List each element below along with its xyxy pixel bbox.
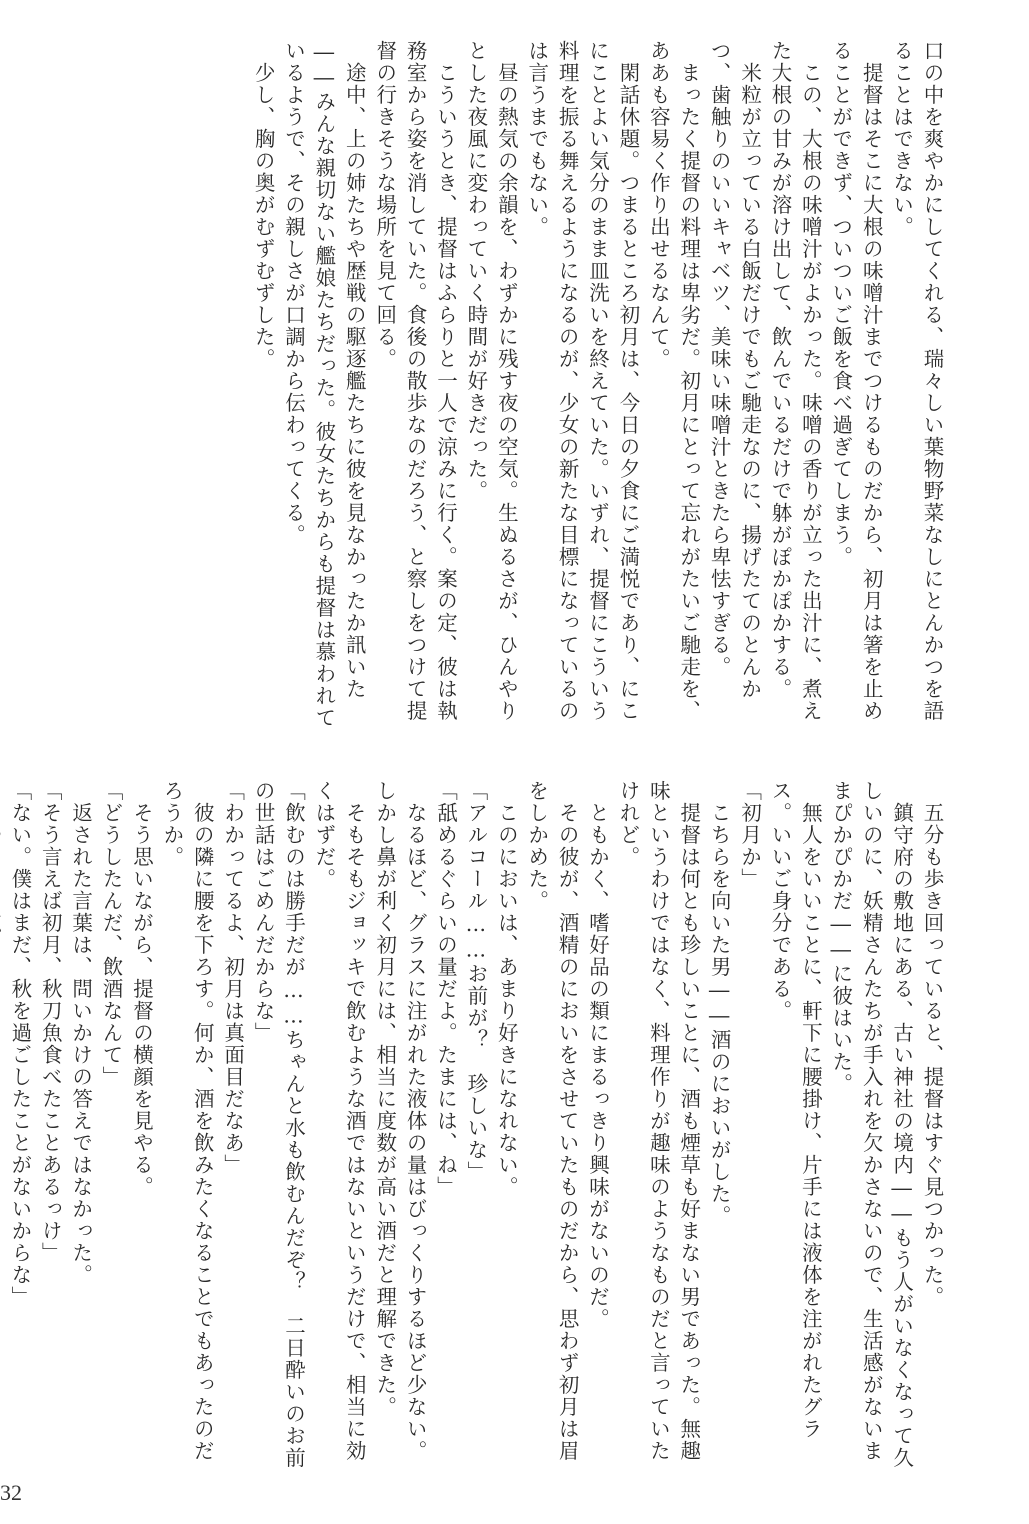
paragraph: 「アルコール……お前が？ 珍しいな」 xyxy=(461,780,491,1480)
paragraph: 「わかってるよ、初月は真面目だなあ」 xyxy=(217,780,247,1480)
paragraph: 「どうしたんだ、飲酒なんて」 xyxy=(96,780,126,1480)
paragraph: 五分も歩き回っていると、提督はすぐ見つかった。 xyxy=(917,780,947,1480)
paragraph: 口の中を爽やかにしてくれる、瑞々しい葉物野菜なしにとんかつを語ることはできない。 xyxy=(886,40,947,740)
paragraph: 返された言葉は、問いかけの答えではなかった。 xyxy=(65,780,95,1480)
paragraph: 「初月か」 xyxy=(734,780,764,1480)
paragraph: 「飲むのは勝手だが……ちゃんと水も飲むんだぞ？ 二日酔いのお前の世話はごめんだか… xyxy=(248,780,309,1480)
paragraph: 提督は何とも珍しいことに、酒も煙草も好まない男であった。無趣味というわけではなく… xyxy=(613,780,704,1480)
paragraph: 「舐めるぐらいの量だよ。たまには、ね」 xyxy=(430,780,460,1480)
paragraph: 少し、胸の奥がむずむずした。 xyxy=(248,40,278,740)
paragraph: 鎮守府の敷地にある、古い神社の境内――もう人がいなくなって久しいのに、妖精さんた… xyxy=(825,780,916,1480)
paragraph: 「ない。僕はまだ、秋を過ごしたことがないからな」 xyxy=(4,780,34,1480)
bottom-text-block: 五分も歩き回っていると、提督はすぐ見つかった。 鎮守府の敷地にある、古い神社の境… xyxy=(0,780,947,1480)
paragraph: 「そう言えば初月、秋刀魚食べたことあるっけ」 xyxy=(35,780,65,1480)
paragraph: そもそもジョッキで飲むような酒ではないというだけで、相当に効くはずだ。 xyxy=(308,780,369,1480)
paragraph: 途中、上の姉たちや歴戦の駆逐艦たちに彼を見なかったか訊いた――みんな親切ない艦娘… xyxy=(278,40,369,740)
paragraph: その彼が、酒精のにおいをさせていたものだから、思わず初月は眉をしかめた。 xyxy=(521,780,582,1480)
paragraph: こちらを向いた男――酒のにおいがした。 xyxy=(704,780,734,1480)
paragraph: こういうとき、提督はふらりと一人で涼みに行く。案の定、彼は執務室から姿を消してい… xyxy=(369,40,460,740)
paragraph: そう思いながら、提督の横顔を見やる。 xyxy=(126,780,156,1480)
paragraph: なるほど、グラスに注がれた液体の量はびっくりするほど少ない。しかし鼻が利く初月に… xyxy=(369,780,430,1480)
paragraph: このにおいは、あまり好きになれない。 xyxy=(491,780,521,1480)
paragraph: まったく提督の料理は卑劣だ。初月にとって忘れがたいご馳走を、ああも容易く作り出せ… xyxy=(643,40,704,740)
page-number: 32 xyxy=(0,1480,22,1506)
paragraph: 彼の隣に腰を下ろす。何か、酒を飲みたくなることでもあったのだろうか。 xyxy=(156,780,217,1480)
paragraph: この、大根の味噌汁がよかった。味噌の香りが立った出汁に、煮えた大根の甘みが溶け出… xyxy=(765,40,826,740)
paragraph: ともかく、嗜好品の類にまるっきり興味がないのだ。 xyxy=(582,780,612,1480)
paragraph: 閑話休題。つまるところ初月は、今日の夕食にご満悦であり、にこにことよい気分のまま… xyxy=(521,40,643,740)
paragraph: 提督はそこに大根の味噌汁までつけるものだから、初月は箸を止めることができず、つい… xyxy=(825,40,886,740)
top-text-block: 口の中を爽やかにしてくれる、瑞々しい葉物野菜なしにとんかつを語ることはできない。… xyxy=(248,40,947,740)
paragraph: 無人をいいことに、軒下に腰掛け、片手には液体を注がれたグラス。いいご身分である。 xyxy=(765,780,826,1480)
paragraph: 米粒が立っている白飯だけでもご馳走なのに、揚げたてのとんかつ、歯触りのいいキャベ… xyxy=(704,40,765,740)
paragraph: 昼の熱気の余韻を、わずかに残す夜の空気。生ぬるさが、ひんやりとした夜風に変わって… xyxy=(461,40,522,740)
